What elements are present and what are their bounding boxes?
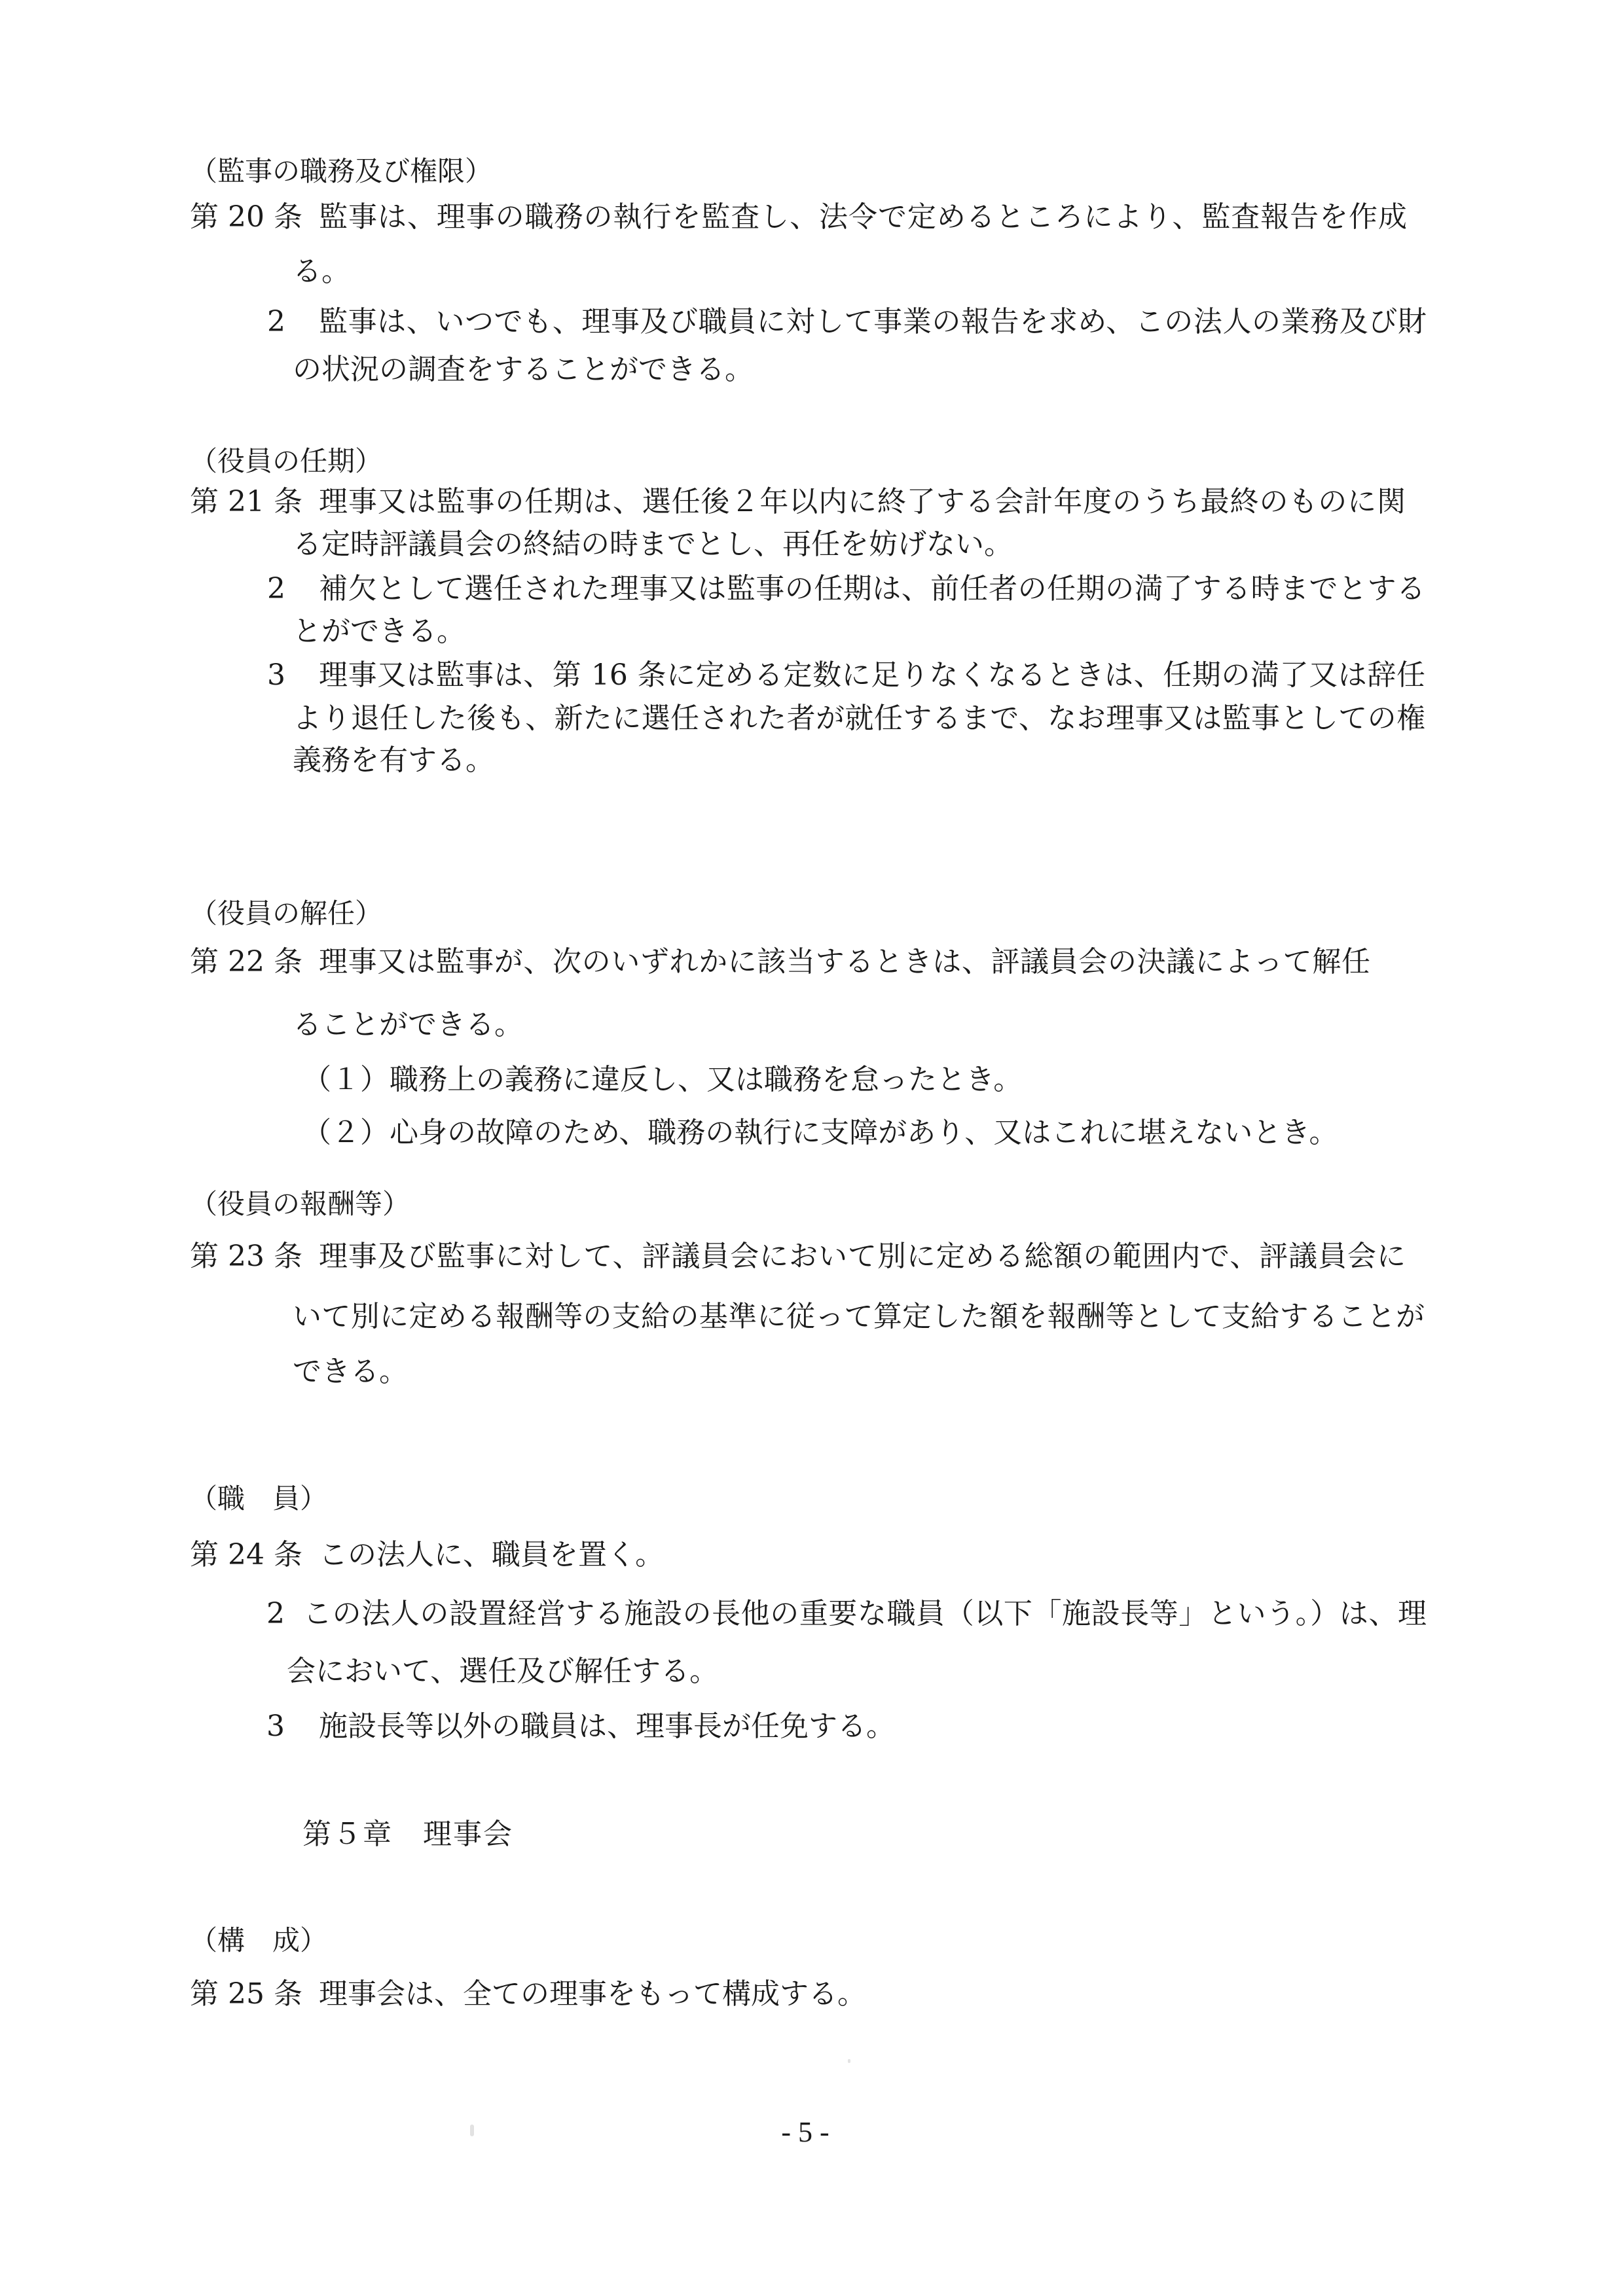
article-heading: （役員の任期） xyxy=(190,444,382,478)
paragraph-text-line: 監事は、いつでも、理事及び職員に対して事業の報告を求め、この法人の業務及び財産 xyxy=(319,305,1427,339)
article-label: 第 22 条 xyxy=(190,945,302,979)
article-heading: （役員の報酬等） xyxy=(190,1187,410,1221)
article-label: 第 24 条 xyxy=(190,1538,302,1572)
paragraph-text-line: の状況の調査をすることができる。 xyxy=(293,353,754,387)
paragraph-text-line: より退任した後も、新たに選任された者が就任するまで、なお理事又は監事としての権利 xyxy=(293,702,1425,736)
article-label: 第 23 条 xyxy=(190,1240,302,1274)
article-text-line: ることができる。 xyxy=(293,1008,523,1042)
article-heading: （監事の職務及び権限） xyxy=(190,154,492,188)
paragraph-number: 3 xyxy=(267,658,285,692)
chapter-title: 第５章 理事会 xyxy=(302,1818,513,1852)
article-text-line: 理事会は、全ての理事をもって構成する。 xyxy=(319,1977,866,2011)
paragraph-number: 2 xyxy=(266,1597,285,1631)
paragraph-number: 3 xyxy=(266,1710,285,1744)
paragraph-text-line: 補欠として選任された理事又は監事の任期は、前任者の任期の満了する時までとするこ xyxy=(319,572,1425,606)
document-page: （監事の職務及び権限） 第 20 条 監事は、理事の職務の執行を監査し、法令で定… xyxy=(0,0,1623,2296)
item-number: （２） xyxy=(302,1116,389,1150)
article-text-line: 監事は、理事の職務の執行を監査し、法令で定めるところにより、監査報告を作成す xyxy=(319,200,1407,234)
article-text-line: る定時評議員会の終結の時までとし、再任を妨げない。 xyxy=(293,528,1013,562)
article-label: 第 21 条 xyxy=(190,485,302,519)
article-heading: （構 成） xyxy=(190,1924,327,1958)
article-heading: （職 員） xyxy=(190,1482,327,1516)
article-heading: （役員の解任） xyxy=(190,897,382,931)
page-number: - 5 - xyxy=(740,2115,871,2149)
paragraph-text-line: 施設長等以外の職員は、理事長が任免する。 xyxy=(319,1710,895,1744)
scan-artifact xyxy=(470,2125,474,2136)
article-text-line: る。 xyxy=(293,255,350,289)
article-text-line: 理事又は監事の任期は、選任後２年以内に終了する会計年度のうち最終のものに関す xyxy=(319,485,1406,519)
paragraph-text-line: この法人の設置経営する施設の長他の重要な職員（以下「施設長等」という。）は、理事 xyxy=(303,1597,1427,1631)
paragraph-text-line: とができる。 xyxy=(293,615,465,649)
paragraph-number: 2 xyxy=(267,572,285,606)
scan-artifact xyxy=(848,2059,850,2063)
paragraph-text-line: 理事又は監事は、第 16 条に定める定数に足りなくなるときは、任期の満了又は辞任… xyxy=(319,658,1425,692)
item-text: 心身の故障のため、職務の執行に支障があり、又はこれに堪えないとき。 xyxy=(390,1116,1338,1150)
item-number: （１） xyxy=(302,1063,389,1097)
article-text-line: できる。 xyxy=(293,1355,408,1389)
article-label: 第 20 条 xyxy=(190,200,302,234)
article-text-line: 理事及び監事に対して、評議員会において別に定める総額の範囲内で、評議員会にお xyxy=(319,1240,1406,1274)
paragraph-text-line: 義務を有する。 xyxy=(293,744,494,778)
article-text-line: いて別に定める報酬等の支給の基準に従って算定した額を報酬等として支給することが xyxy=(293,1300,1425,1334)
item-text: 職務上の義務に違反し、又は職務を怠ったとき。 xyxy=(390,1063,1022,1097)
paragraph-text-line: 会において、選任及び解任する。 xyxy=(287,1655,718,1689)
article-label: 第 25 条 xyxy=(190,1977,302,2011)
paragraph-number: 2 xyxy=(267,305,285,339)
article-text-line: この法人に、職員を置く。 xyxy=(319,1538,664,1572)
article-text-line: 理事又は監事が、次のいずれかに該当するときは、評議員会の決議によって解任す xyxy=(319,945,1370,979)
